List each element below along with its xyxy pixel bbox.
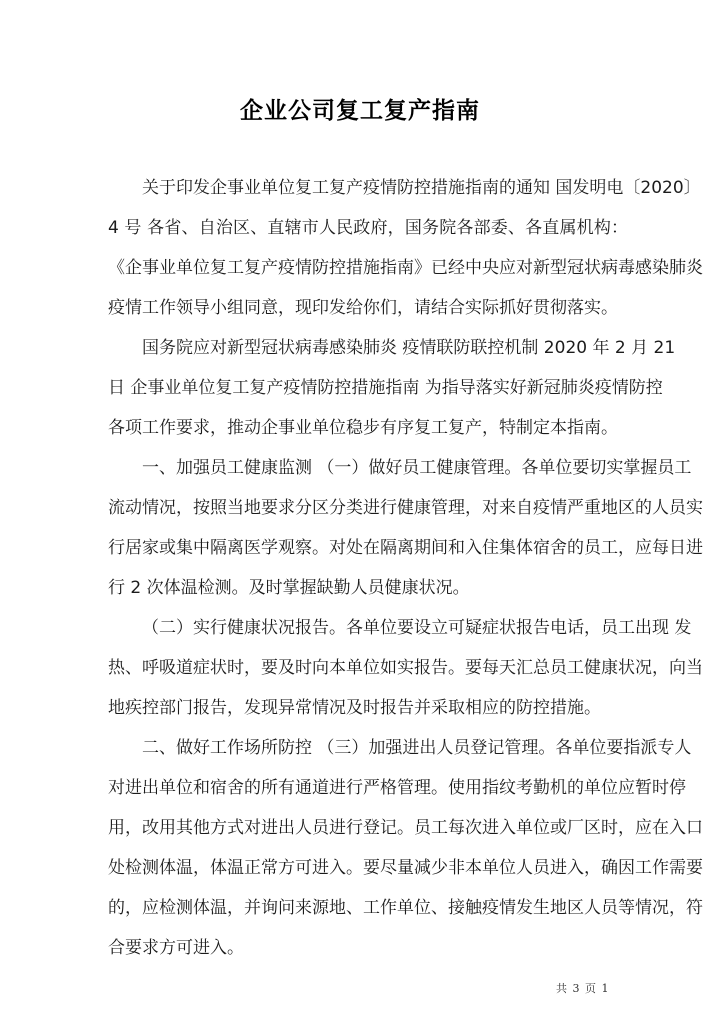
paragraph-3-line-2: 流动情况，按照当地要求分区分类进行健康管理，对来自疫情严重地区的人员实 [108, 498, 628, 518]
paragraph-5-line-3: 用，改用其他方式对进出人员进行登记。员工每次进入单位或厂区时，应在入口 [108, 818, 628, 838]
paragraph-5-line-4: 处检测体温，体温正常方可进入。要尽量减少非本单位人员进入，确因工作需要 [108, 858, 628, 878]
paragraph-1-line-2: 4 号 各省、自治区、直辖市人民政府，国务院各部委、各直属机构： [108, 218, 628, 238]
paragraph-3-line-1: 一、加强员工健康监测 （一）做好员工健康管理。各单位要切实掌握员工 [108, 458, 628, 478]
paragraph-5-line-1: 二、做好工作场所防控 （三）加强进出人员登记管理。各单位要指派专人 [108, 738, 628, 758]
document-page: 企业公司复工复产指南 关于印发企事业单位复工复产疫情防控措施指南的通知 国发明电… [0, 0, 720, 1020]
paragraph-2-line-3: 各项工作要求，推动企事业单位稳步有序复工复产，特制定本指南。 [108, 418, 628, 438]
page-number-footer: 共 3 页 1 [556, 980, 610, 996]
paragraph-4-line-3: 地疾控部门报告，发现异常情况及时报告并采取相应的防控措施。 [108, 698, 628, 718]
paragraph-4-line-1: （二）实行健康状况报告。各单位要设立可疑症状报告电话，员工出现 发 [108, 618, 628, 638]
paragraph-1-line-3: 《企事业单位复工复产疫情防控措施指南》已经中央应对新型冠状病毒感染肺炎 [108, 258, 628, 278]
paragraph-2-line-2: 日 企事业单位复工复产疫情防控措施指南 为指导落实好新冠肺炎疫情防控 [108, 378, 628, 398]
paragraph-3-line-4: 行 2 次体温检测。及时掌握缺勤人员健康状况。 [108, 578, 628, 598]
paragraph-3-line-3: 行居家或集中隔离医学观察。对处在隔离期间和入住集体宿舍的员工，应每日进 [108, 538, 628, 558]
paragraph-5-line-6: 合要求方可进入。 [108, 938, 628, 958]
paragraph-5-line-5: 的，应检测体温，并询问来源地、工作单位、接触疫情发生地区人员等情况，符 [108, 898, 628, 918]
paragraph-2-line-1: 国务院应对新型冠状病毒感染肺炎 疫情联防联控机制 2020 年 2 月 21 [108, 338, 628, 358]
document-title: 企业公司复工复产指南 [0, 92, 720, 125]
paragraph-1-line-1: 关于印发企事业单位复工复产疫情防控措施指南的通知 国发明电〔2020〕 [108, 178, 628, 198]
paragraph-1-line-4: 疫情工作领导小组同意，现印发给你们，请结合实际抓好贯彻落实。 [108, 298, 628, 318]
paragraph-4-line-2: 热、呼吸道症状时，要及时向本单位如实报告。要每天汇总员工健康状况，向当 [108, 658, 628, 678]
paragraph-5-line-2: 对进出单位和宿舍的所有通道进行严格管理。使用指纹考勤机的单位应暂时停 [108, 778, 628, 798]
